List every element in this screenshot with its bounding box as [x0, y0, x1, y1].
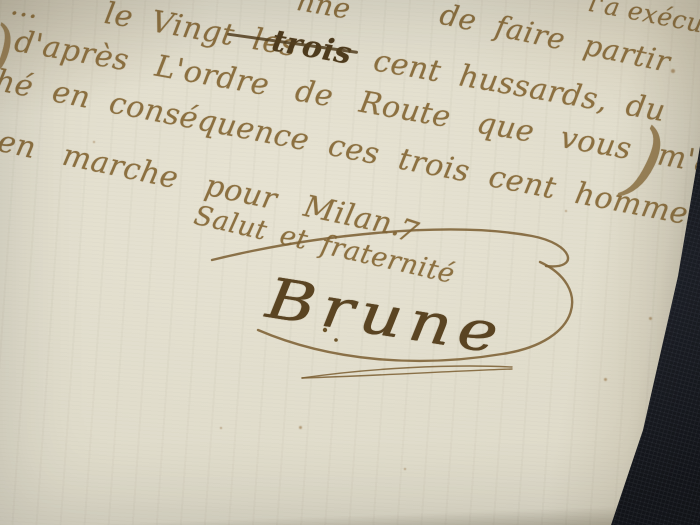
letter-paper: … nne l'a exécu ) de faire partir le Vin… [0, 0, 700, 525]
photograph: … nne l'a exécu ) de faire partir le Vin… [0, 0, 700, 525]
page-edge-shade [0, 0, 700, 525]
